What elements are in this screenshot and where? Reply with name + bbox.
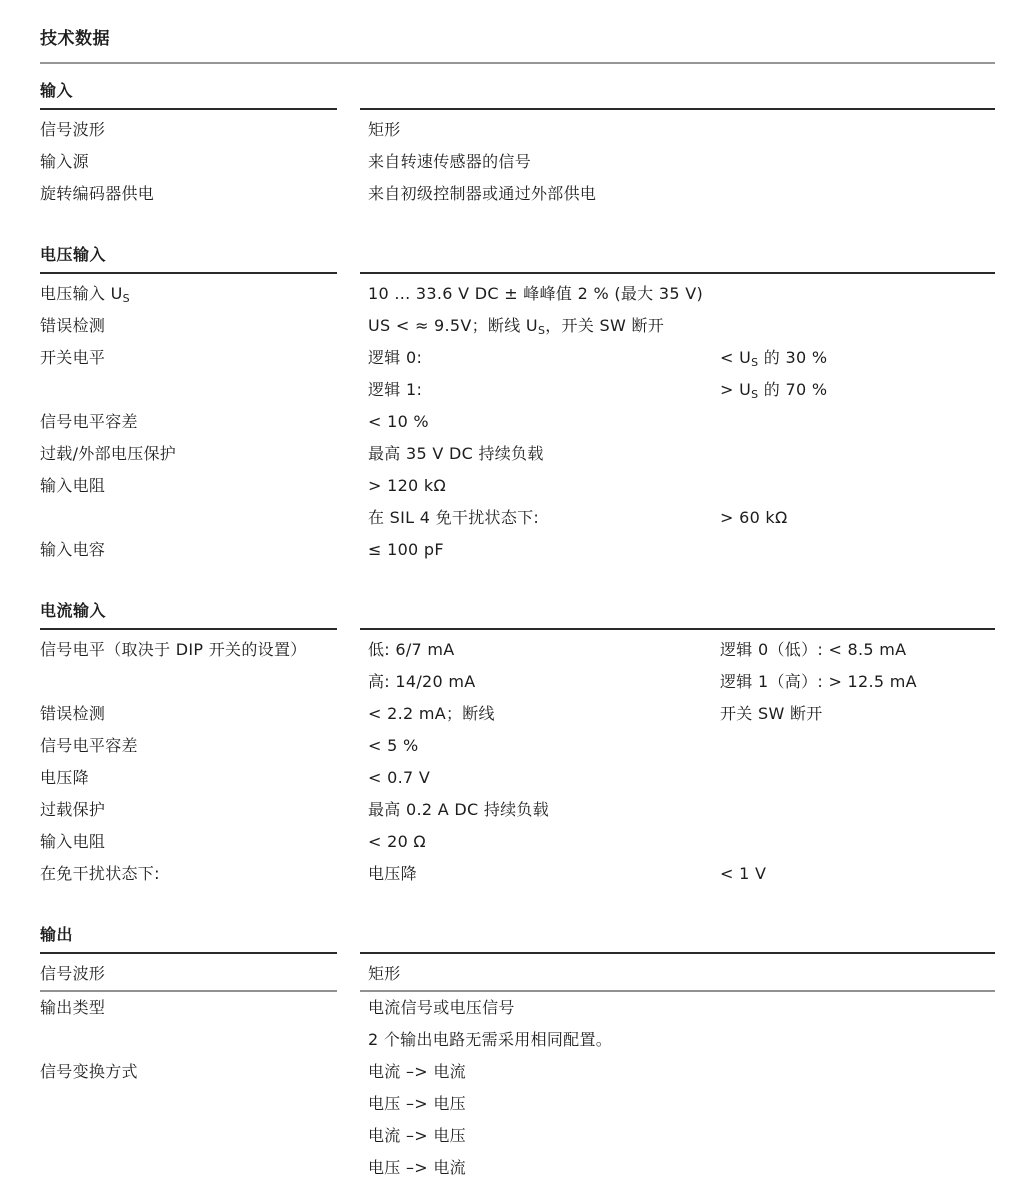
- table-row: 输入电容≤ 100 pF: [40, 534, 995, 566]
- value-line: < 0.7 V: [368, 762, 712, 794]
- table-row: 输入电阻< 20 Ω: [40, 826, 995, 858]
- value-line: 电压 –> 电压: [368, 1088, 712, 1120]
- table-row: 信号波形矩形: [40, 114, 995, 146]
- row-value: > 120 kΩ在 SIL 4 免干扰状态下:: [360, 470, 712, 534]
- value-line: 逻辑 1:: [368, 374, 712, 406]
- row-value-2: [712, 114, 995, 146]
- section-rows: 电压输入 US10 ... 33.6 V DC ± 峰峰值 2 % (最大 35…: [40, 274, 995, 566]
- row-value-2: [712, 1056, 995, 1184]
- table-row: 信号电平容差< 5 %: [40, 730, 995, 762]
- section-rule: [360, 244, 995, 274]
- table-row: 信号变换方式电流 –> 电流电压 –> 电压电流 –> 电压电压 –> 电流: [40, 1056, 995, 1184]
- row-value: ≤ 100 pF: [360, 534, 712, 566]
- title-divider: [40, 62, 995, 64]
- row-value: < 10 %: [360, 406, 712, 438]
- table-row: 输出类型电流信号或电压信号2 个输出电路无需采用相同配置。: [40, 992, 995, 1056]
- value-line-2: [720, 1152, 995, 1184]
- spec-section: 电压输入电压输入 US10 ... 33.6 V DC ± 峰峰值 2 % (最…: [40, 244, 995, 566]
- section-rows: 信号波形矩形输入源来自转速传感器的信号旋转编码器供电来自初级控制器或通过外部供电: [40, 110, 995, 210]
- value-line-2: [720, 1024, 995, 1056]
- value-line: 来自初级控制器或通过外部供电: [368, 178, 712, 210]
- row-value: < 20 Ω: [360, 826, 712, 858]
- value-line-2: [720, 730, 995, 762]
- row-value: 10 ... 33.6 V DC ± 峰峰值 2 % (最大 35 V): [360, 278, 712, 310]
- value-line-2: > US 的 70 %: [720, 374, 995, 406]
- table-row: 旋转编码器供电来自初级控制器或通过外部供电: [40, 178, 995, 210]
- row-label: 过载保护: [40, 794, 360, 826]
- value-line: 矩形: [368, 114, 712, 146]
- section-heading: 电压输入: [40, 244, 337, 274]
- value-line: 低: 6/7 mA: [368, 634, 712, 666]
- row-value-2: [712, 178, 995, 210]
- row-value: 电流 –> 电流电压 –> 电压电流 –> 电压电压 –> 电流: [360, 1056, 712, 1184]
- section-heading: 输入: [40, 80, 337, 110]
- table-row: 错误检测< 2.2 mA；断线开关 SW 断开: [40, 698, 995, 730]
- spec-section: 输出信号波形矩形输出类型电流信号或电压信号2 个输出电路无需采用相同配置。信号变…: [40, 924, 995, 1184]
- table-row: 信号电平（取决于 DIP 开关的设置）低: 6/7 mA高: 14/20 mA逻…: [40, 634, 995, 698]
- value-line: < 2.2 mA；断线: [368, 698, 712, 730]
- table-row: 开关电平逻辑 0:逻辑 1:< US 的 30 %> US 的 70 %: [40, 342, 995, 406]
- value-line: < 5 %: [368, 730, 712, 762]
- row-value: 电流信号或电压信号2 个输出电路无需采用相同配置。: [360, 992, 712, 1056]
- value-line: 逻辑 0:: [368, 342, 712, 374]
- value-line: 2 个输出电路无需采用相同配置。: [368, 1024, 712, 1056]
- section-heading: 输出: [40, 924, 337, 954]
- value-line-2: < 1 V: [720, 858, 995, 890]
- row-label: 开关电平: [40, 342, 360, 374]
- section-header: 电流输入: [40, 600, 995, 630]
- value-line: 最高 0.2 A DC 持续负载: [368, 794, 712, 826]
- row-value: 最高 0.2 A DC 持续负载: [360, 794, 712, 826]
- row-label: 电压降: [40, 762, 360, 794]
- value-line-2: 开关 SW 断开: [720, 698, 995, 730]
- row-label: 错误检测: [40, 698, 360, 730]
- row-value-2: [712, 534, 995, 566]
- value-line: 电压降: [368, 858, 712, 890]
- value-line-2: [720, 958, 995, 990]
- value-line-2: [720, 826, 995, 858]
- value-line-2: [720, 1088, 995, 1120]
- row-label: 输入电阻: [40, 826, 360, 858]
- value-line: 矩形: [368, 958, 712, 990]
- section-rule: [360, 600, 995, 630]
- row-value: < 2.2 mA；断线: [360, 698, 712, 730]
- value-line: < 20 Ω: [368, 826, 712, 858]
- value-line-2: [720, 762, 995, 794]
- value-line-2: [720, 406, 995, 438]
- row-value: < 5 %: [360, 730, 712, 762]
- row-value-2: [712, 958, 995, 990]
- value-line: < 10 %: [368, 406, 712, 438]
- row-label: 信号电平容差: [40, 406, 360, 438]
- table-row: 信号波形矩形: [40, 958, 995, 990]
- value-line-2: [720, 438, 995, 470]
- row-value-2: [712, 826, 995, 858]
- value-line-2: 逻辑 0（低）: < 8.5 mA: [720, 634, 995, 666]
- row-label: 输入电阻: [40, 470, 360, 502]
- spec-section: 电流输入信号电平（取决于 DIP 开关的设置）低: 6/7 mA高: 14/20…: [40, 600, 995, 890]
- value-line-2: 逻辑 1（高）: > 12.5 mA: [720, 666, 995, 698]
- value-line: 来自转速传感器的信号: [368, 146, 712, 178]
- row-value: 低: 6/7 mA高: 14/20 mA: [360, 634, 712, 698]
- value-line-2: [720, 992, 995, 1024]
- table-row: 过载/外部电压保护最高 35 V DC 持续负载: [40, 438, 995, 470]
- section-header: 输出: [40, 924, 995, 954]
- row-value-2: [712, 992, 995, 1056]
- row-value: 逻辑 0:逻辑 1:: [360, 342, 712, 406]
- row-label: 信号波形: [40, 958, 360, 990]
- spec-section: 输入信号波形矩形输入源来自转速传感器的信号旋转编码器供电来自初级控制器或通过外部…: [40, 80, 995, 210]
- row-label: 在免干扰状态下:: [40, 858, 360, 890]
- row-value-2: [712, 146, 995, 178]
- table-row: 在免干扰状态下:电压降< 1 V: [40, 858, 995, 890]
- row-value: US < ≈ 9.5V；断线 US，开关 SW 断开: [360, 310, 712, 342]
- row-value-2: 逻辑 0（低）: < 8.5 mA逻辑 1（高）: > 12.5 mA: [712, 634, 995, 698]
- row-value-2: [712, 438, 995, 470]
- value-line: ≤ 100 pF: [368, 534, 712, 566]
- value-line-2: [720, 1056, 995, 1088]
- row-value: 矩形: [360, 958, 712, 990]
- table-row: 输入电阻> 120 kΩ在 SIL 4 免干扰状态下:> 60 kΩ: [40, 470, 995, 534]
- row-value-2: < US 的 30 %> US 的 70 %: [712, 342, 995, 406]
- value-line: 电流 –> 电压: [368, 1120, 712, 1152]
- value-line: 在 SIL 4 免干扰状态下:: [368, 502, 712, 534]
- row-label: 错误检测: [40, 310, 360, 342]
- row-value: 来自转速传感器的信号: [360, 146, 712, 178]
- table-row: 信号电平容差< 10 %: [40, 406, 995, 438]
- row-label: 过载/外部电压保护: [40, 438, 360, 470]
- row-value-2: [712, 310, 995, 342]
- row-value-2: [712, 406, 995, 438]
- value-line-2: [720, 146, 995, 178]
- value-line-2: [720, 1120, 995, 1152]
- page-title: 技术数据: [40, 28, 995, 50]
- section-header: 电压输入: [40, 244, 995, 274]
- value-line-2: [720, 534, 995, 566]
- value-line-2: [720, 278, 995, 310]
- row-value-2: [712, 730, 995, 762]
- value-line-2: < US 的 30 %: [720, 342, 995, 374]
- section-rule: [360, 80, 995, 110]
- row-label: 信号波形: [40, 114, 360, 146]
- row-label: 输入源: [40, 146, 360, 178]
- row-value-2: [712, 794, 995, 826]
- section-heading: 电流输入: [40, 600, 337, 630]
- value-line: > 120 kΩ: [368, 470, 712, 502]
- value-line-2: [720, 114, 995, 146]
- row-value-2: 开关 SW 断开: [712, 698, 995, 730]
- value-line-2: > 60 kΩ: [720, 502, 995, 534]
- section-rows: 信号电平（取决于 DIP 开关的设置）低: 6/7 mA高: 14/20 mA逻…: [40, 630, 995, 890]
- datasheet-page: 技术数据 输入信号波形矩形输入源来自转速传感器的信号旋转编码器供电来自初级控制器…: [0, 0, 1024, 1204]
- table-row: 输入源来自转速传感器的信号: [40, 146, 995, 178]
- row-label: 输入电容: [40, 534, 360, 566]
- row-value-2: [712, 278, 995, 310]
- row-value: 矩形: [360, 114, 712, 146]
- table-row: 电压输入 US10 ... 33.6 V DC ± 峰峰值 2 % (最大 35…: [40, 278, 995, 310]
- value-line-2: [720, 470, 995, 502]
- row-value: 最高 35 V DC 持续负载: [360, 438, 712, 470]
- row-value-2: [712, 762, 995, 794]
- table-row: 过载保护最高 0.2 A DC 持续负载: [40, 794, 995, 826]
- value-line-2: [720, 310, 995, 342]
- section-rows: 信号波形矩形输出类型电流信号或电压信号2 个输出电路无需采用相同配置。信号变换方…: [40, 954, 995, 1184]
- table-row: 电压降< 0.7 V: [40, 762, 995, 794]
- row-label: 信号电平容差: [40, 730, 360, 762]
- row-label: 信号变换方式: [40, 1056, 360, 1088]
- value-line: 电流信号或电压信号: [368, 992, 712, 1024]
- row-label: 输出类型: [40, 992, 360, 1024]
- row-label: 信号电平（取决于 DIP 开关的设置）: [40, 634, 360, 666]
- row-value: 电压降: [360, 858, 712, 890]
- row-label: 旋转编码器供电: [40, 178, 360, 210]
- row-label: 电压输入 US: [40, 278, 360, 310]
- row-value-2: > 60 kΩ: [712, 470, 995, 534]
- value-line: 10 ... 33.6 V DC ± 峰峰值 2 % (最大 35 V): [368, 278, 712, 310]
- value-line: 最高 35 V DC 持续负载: [368, 438, 712, 470]
- row-value-2: < 1 V: [712, 858, 995, 890]
- value-line: 电流 –> 电流: [368, 1056, 712, 1088]
- value-line: 电压 –> 电流: [368, 1152, 712, 1184]
- value-line: 高: 14/20 mA: [368, 666, 712, 698]
- row-value: < 0.7 V: [360, 762, 712, 794]
- section-rule: [360, 924, 995, 954]
- table-row: 错误检测US < ≈ 9.5V；断线 US，开关 SW 断开: [40, 310, 995, 342]
- row-value: 来自初级控制器或通过外部供电: [360, 178, 712, 210]
- value-line-2: [720, 178, 995, 210]
- section-header: 输入: [40, 80, 995, 110]
- value-line-2: [720, 794, 995, 826]
- spec-sections: 输入信号波形矩形输入源来自转速传感器的信号旋转编码器供电来自初级控制器或通过外部…: [40, 80, 995, 1184]
- value-line: US < ≈ 9.5V；断线 US，开关 SW 断开: [368, 310, 712, 342]
